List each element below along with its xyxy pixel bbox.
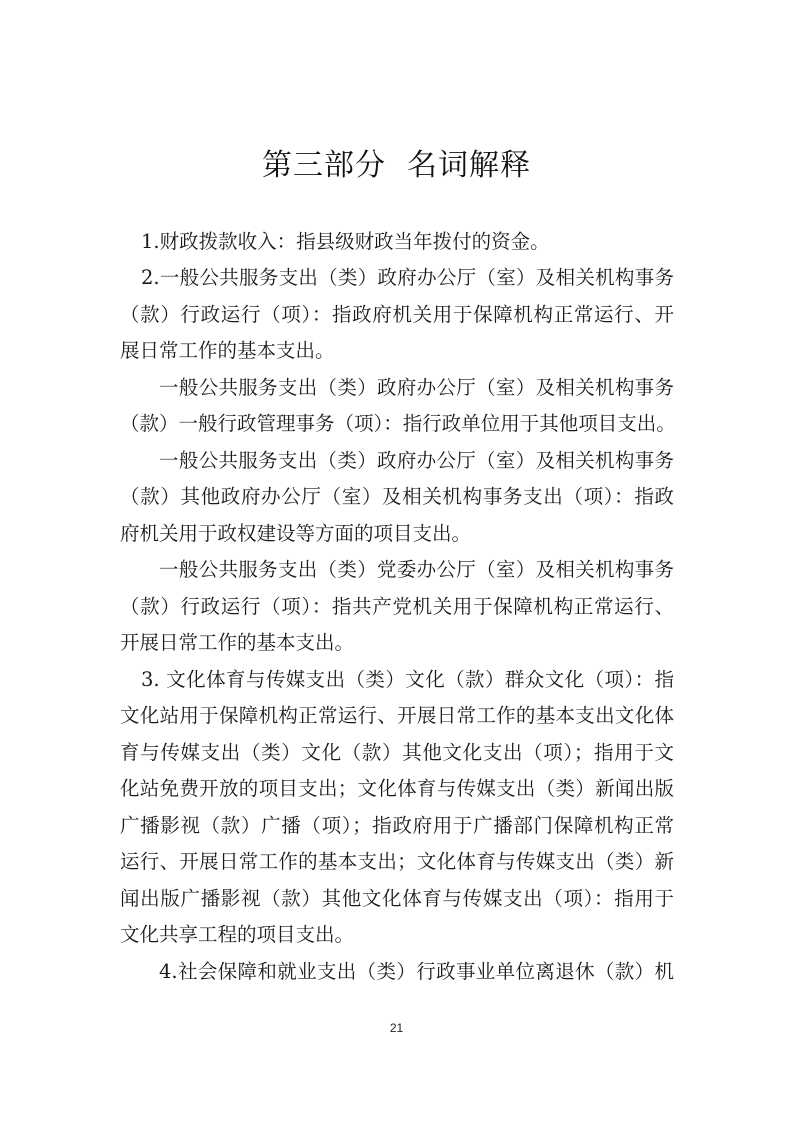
section-title: 第三部分 名词解释 (0, 140, 793, 184)
paragraph-line: 3. 文化体育与传媒支出（类）文化（款）群众文化（项）：指 (141, 665, 674, 695)
document-page: 第三部分 名词解释 1.财政拨款收入：指县级财政当年拨付的资金。 2.一般公共服… (0, 0, 793, 1122)
paragraph-line: 府机关用于政权建设等方面的项目支出。 (120, 519, 674, 549)
paragraph-line: 4.社会保障和就业支出（类）行政事业单位离退休（款）机 (159, 957, 674, 987)
paragraph-line: （款）其他政府办公厅（室）及相关机构事务支出（项）：指政 (120, 482, 674, 512)
paragraph-line: 1.财政拨款收入：指县级财政当年拨付的资金。 (141, 227, 674, 257)
paragraph-line: （款）行政运行（项）：指政府机关用于保障机构正常运行、开 (120, 300, 674, 330)
paragraph-line: 运行、开展日常工作的基本支出；文化体育与传媒支出（类）新 (120, 847, 674, 877)
paragraph-line: 开展日常工作的基本支出。 (120, 628, 674, 658)
paragraph-line: （款）一般行政管理事务（项）：指行政单位用于其他项目支出。 (120, 409, 674, 439)
paragraph-line: 文化站用于保障机构正常运行、开展日常工作的基本支出文化体 (120, 701, 674, 731)
paragraph-line: 一般公共服务支出（类）政府办公厅（室）及相关机构事务 (159, 446, 674, 476)
paragraph-line: （款）行政运行（项）：指共产党机关用于保障机构正常运行、 (120, 592, 674, 622)
paragraph-line: 化站免费开放的项目支出；文化体育与传媒支出（类）新闻出版 (120, 774, 674, 804)
paragraph-line: 闻出版广播影视（款）其他文化体育与传媒支出（项）：指用于 (120, 884, 674, 914)
paragraph-line: 文化共享工程的项目支出。 (120, 920, 674, 950)
paragraph-line: 一般公共服务支出（类）党委办公厅（室）及相关机构事务 (159, 555, 674, 585)
paragraph-line: 一般公共服务支出（类）政府办公厅（室）及相关机构事务 (159, 373, 674, 403)
paragraph-line: 育与传媒支出（类）文化（款）其他文化支出（项）；指用于文 (120, 738, 674, 768)
paragraph-line: 展日常工作的基本支出。 (120, 336, 674, 366)
paragraph-line: 广播影视（款）广播（项）；指政府用于广播部门保障机构正常 (120, 811, 674, 841)
paragraph-line: 2.一般公共服务支出（类）政府办公厅（室）及相关机构事务 (141, 263, 674, 293)
page-number: 21 (0, 1021, 793, 1035)
